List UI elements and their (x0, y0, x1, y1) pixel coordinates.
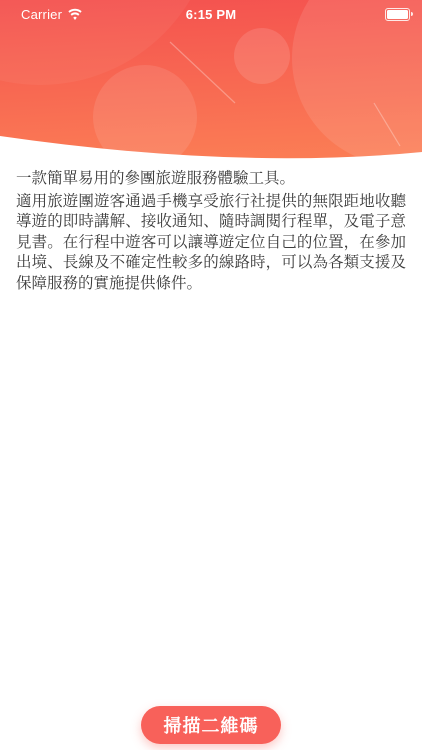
battery-fill (387, 10, 408, 19)
battery-nub (411, 12, 413, 16)
scan-qr-button[interactable]: 掃描二維碼 (141, 706, 281, 744)
carrier-label: Carrier (21, 7, 62, 22)
status-bar: Carrier 6:15 PM (0, 0, 422, 28)
wifi-icon (67, 8, 83, 20)
status-bar-left: Carrier (21, 7, 83, 22)
description-body: 適用旅遊團遊客通過手機享受旅行社提供的無限距地收聽導遊的即時講解、接收通知、隨時… (16, 192, 406, 295)
app-description: 一款簡單易用的參團旅遊服務體驗工具。 適用旅遊團遊客通過手機享受旅行社提供的無限… (16, 169, 406, 294)
battery-body (385, 8, 410, 21)
status-bar-right (385, 8, 413, 21)
phone-screen: Carrier 6:15 PM 一款簡單易用的參團旅遊服務體驗工具。 適用 (0, 0, 422, 750)
description-intro: 一款簡單易用的參團旅遊服務體驗工具。 (16, 169, 406, 190)
battery-icon (385, 8, 413, 21)
decorative-circle (234, 28, 290, 84)
decorative-circle (93, 65, 197, 169)
